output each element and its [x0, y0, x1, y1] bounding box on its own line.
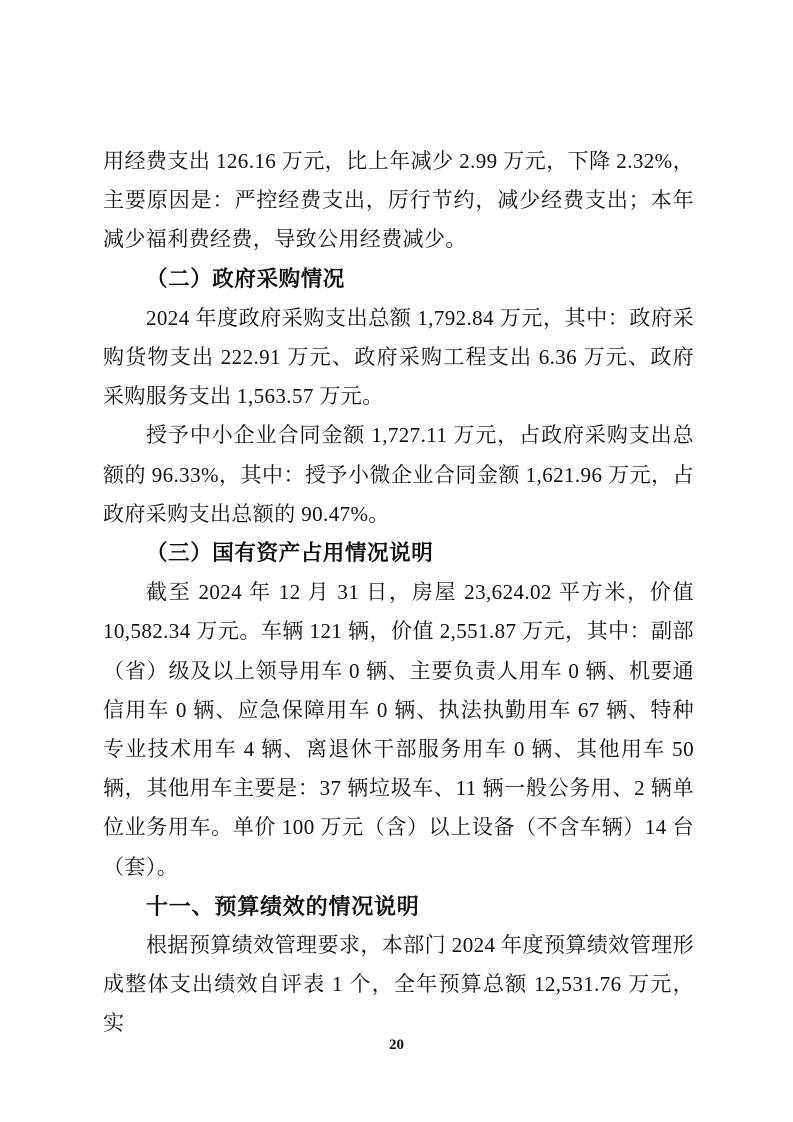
- page-footer: 20: [0, 1036, 793, 1054]
- paragraph-sme-contract-amount: 授予中小企业合同金额 1,727.11 万元，占政府采购支出总额的 96.33%…: [103, 416, 694, 534]
- page-content: 用经费支出 126.16 万元，比上年减少 2.99 万元，下降 2.32%，主…: [103, 142, 694, 1044]
- paragraph-state-owned-assets-detail: 截至 2024 年 12 月 31 日，房屋 23,624.02 平方米，价值 …: [103, 573, 694, 887]
- paragraph-procurement-total: 2024 年度政府采购支出总额 1,792.84 万元，其中：政府采购货物支出 …: [103, 299, 694, 417]
- document-page: 用经费支出 126.16 万元，比上年减少 2.99 万元，下降 2.32%，主…: [0, 0, 793, 1122]
- paragraph-public-funds-expense: 用经费支出 126.16 万元，比上年减少 2.99 万元，下降 2.32%，主…: [103, 142, 694, 260]
- heading-budget-performance: 十一、预算绩效的情况说明: [103, 887, 694, 926]
- page-number: 20: [389, 1037, 404, 1053]
- heading-state-owned-assets: （三）国有资产占用情况说明: [103, 534, 694, 573]
- paragraph-budget-performance-detail: 根据预算绩效管理要求，本部门 2024 年度预算绩效管理形成整体支出绩效自评表 …: [103, 926, 694, 1044]
- heading-government-procurement: （二）政府采购情况: [103, 260, 694, 299]
